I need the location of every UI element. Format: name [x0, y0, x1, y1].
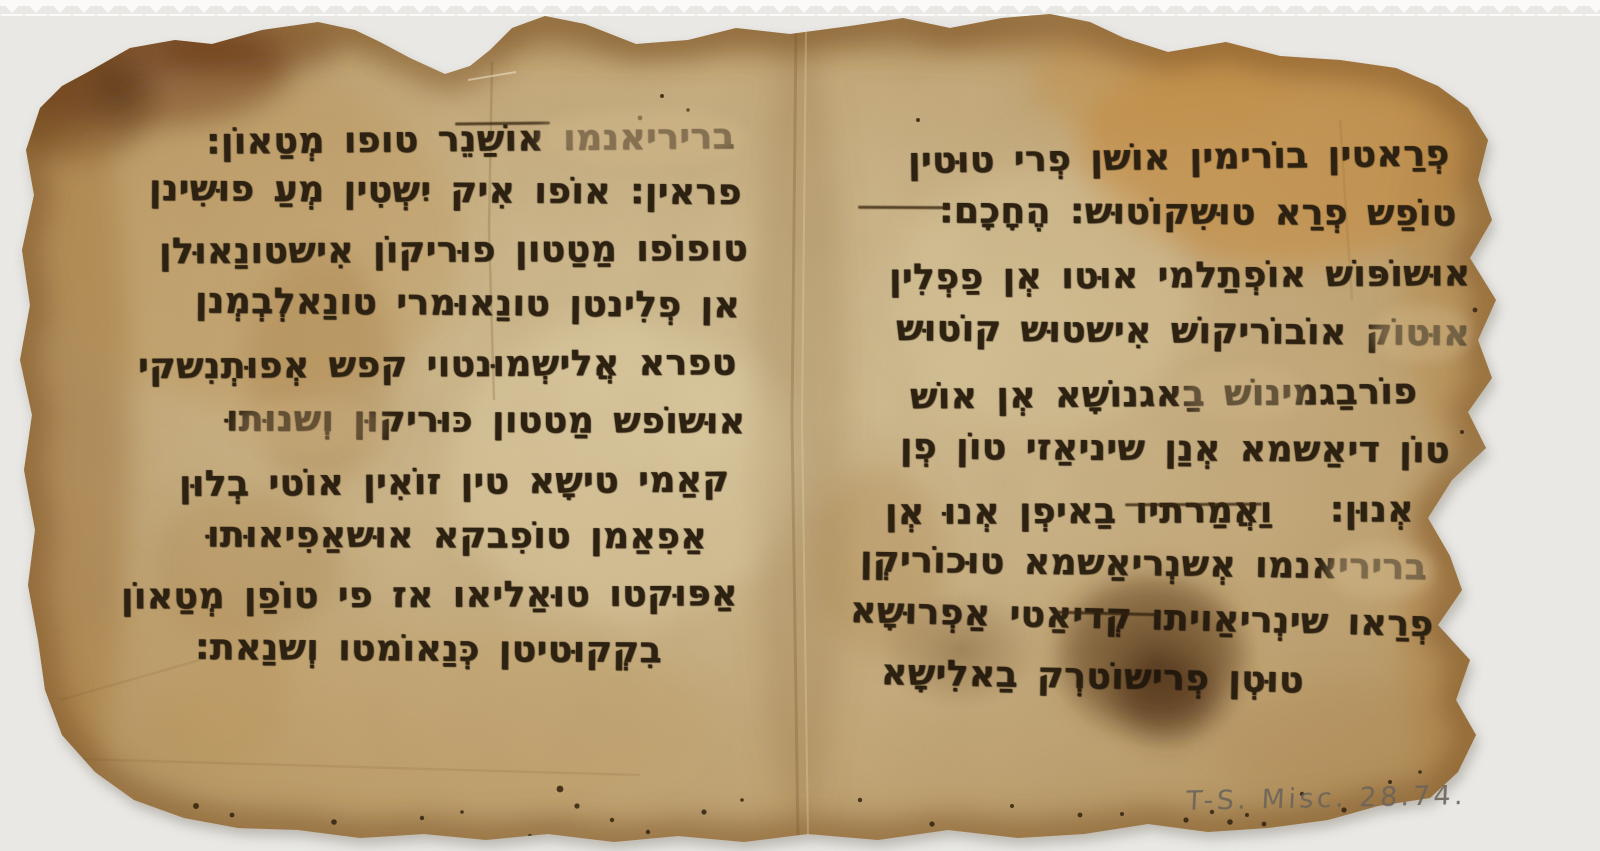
manuscript-photo: בריריאנמו אוֹשַנֵר טופו מְטַאוֹן: פראין:…: [0, 0, 1600, 851]
right-page-line-5: פוֹרבַגמינוֹש בַאגנוֹשָא אְן אוֹש: [909, 371, 1417, 417]
right-page-line-2: טוֹפַש פְרַא טוּשִקוֹטוּש: הֶחָכָם:: [939, 190, 1457, 234]
stain-overlay: [880, 590, 1040, 710]
left-page-line-3: טופוֹפו מַטַטון פוּריקוֹן אִישטונַאוּלן: [159, 228, 748, 272]
right-page-line-7: אְנוּן: וַאֲמַרתיו בַאיפְן אְנוּ אְן: [885, 489, 1414, 533]
right-page-line-1: פְרַאטין בוֹרימין אוֹשן פְרי טוּטין: [908, 133, 1450, 182]
left-page-line-8: אַפִאַמן טוֹפִבקא אוּשאַפִיאוּתוּ: [207, 514, 707, 557]
backing-paper-pinked-edge: [0, 0, 1600, 16]
right-page-line-6: טוֹן דיאַשמא אְנַן שיניאַזי טוֹן פְן: [900, 426, 1450, 471]
left-page-line-7: קאַמי טישָא טין זוֹאִין אוֹטי בְלוּן: [179, 459, 730, 505]
left-page-line-4: אן פְלִינטן טונַאוּמרי טונַאלְבְמְנן: [195, 280, 740, 326]
left-page-line-2: פראין: אוֹפו אִיק יִשְטִין מְעַ פוּשִינן: [149, 168, 742, 213]
faded-ink-patch: [235, 400, 385, 452]
stain-overlay: [1050, 575, 1260, 750]
faded-ink-patch: [1372, 306, 1472, 362]
right-page-line-3: אוּשוֹפּוֹש אוֹפְתַלמי אוּטו אְן פַפְלִי…: [888, 253, 1470, 298]
faded-ink-patch: [540, 110, 745, 165]
faded-ink-patch: [1180, 366, 1305, 420]
classmark-label: T-S. Misc. 28.74.: [1185, 780, 1467, 817]
left-page-line-10: בִקְקוּטיטן כְּנַאוֹמטו וְשנַאת:: [195, 627, 662, 671]
left-page-line-5: טפרא אֲלישְמוּנטוי קפש אְפוּתְנִשקי: [138, 342, 737, 387]
faded-ink-patch: [1328, 542, 1433, 598]
left-page-line-9: אַפּוּקטו טוּאַליאו אז פי טוֹפַן מְטַאוֹ…: [121, 573, 738, 617]
ink-overline: [858, 206, 950, 209]
